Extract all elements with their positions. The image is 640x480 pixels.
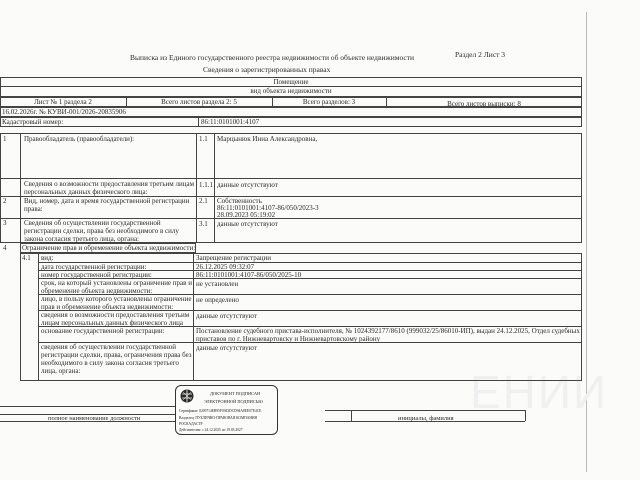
restrictions-label: Ограничение прав и обременение объекта н…	[22, 244, 195, 252]
document-reference: 16.02.2026г. № КУВИ-001/2026-20835906	[2, 108, 126, 116]
restriction-term-value: не установлен	[196, 280, 238, 288]
row-1-1-1-subnumber: 1.1.1	[199, 181, 213, 189]
row-3-number: 3	[3, 219, 7, 227]
object-type-label: вид объекта недвижимости	[0, 87, 582, 95]
document-subtitle: Сведения о зарегистрированных правах	[203, 66, 330, 74]
restriction-basis-label: основание государственной регистрации:	[41, 327, 165, 335]
section-sheet-label: Раздел 2 Лист 3	[455, 51, 505, 59]
right-holder-name: Марцынюк Инна Александровна,	[217, 135, 317, 143]
row-3-label: Сведения об осуществлении государственно…	[24, 219, 189, 243]
stamp-line-2: ЭЛЕКТРОННОЙ ПОДПИСЬЮ	[204, 400, 263, 404]
row-2-number: 2	[3, 197, 7, 205]
stamp-line-1: ДОКУМЕНТ ПОДПИСАН	[210, 392, 260, 396]
row-2-label: Вид, номер, дата и время государственной…	[24, 197, 196, 213]
row-1-subnumber: 1.1	[199, 135, 208, 143]
row-1-number: 1	[3, 135, 7, 143]
sheet-number: Лист № 1 раздела 2	[0, 98, 126, 106]
restriction-date-label: дата государственной регистрации:	[41, 263, 146, 271]
stamp-certificate: Сертификат: 0209714EB95F0943DCD94A8EE07Е…	[179, 409, 261, 413]
row-1-1-1-label: Сведения о возможности предоставления тр…	[24, 180, 196, 196]
initials-caption: инициалы, фамилия	[398, 415, 454, 423]
restriction-beneficiary-label: лицо, в пользу которого установлены огра…	[41, 295, 193, 311]
row-3-value: данные отсутствуют	[217, 220, 278, 228]
restriction-number-label: номер государственной регистрации:	[41, 271, 152, 279]
cadastral-number: 86:11:0101001:4107	[201, 118, 259, 126]
position-caption: полное наименование должности	[48, 415, 140, 423]
stamp-owner-name: РОСКАДАСТР	[179, 422, 203, 426]
restriction-consent-label: сведения об осуществлении государственно…	[41, 343, 193, 375]
cadastral-row	[0, 117, 582, 127]
restriction-date-value: 26.12.2025 09:32:07	[196, 263, 254, 271]
restriction-subnumber: 4.1	[22, 254, 31, 262]
object-name: Помещение	[0, 78, 582, 86]
right-registration-date: 28.09.2023 05:19:02	[217, 211, 275, 219]
electronic-signature-stamp: ДОКУМЕНТ ПОДПИСАН ЭЛЕКТРОННОЙ ПОДПИСЬЮ С…	[175, 385, 278, 435]
cadastral-label: Кадастровый номер:	[2, 118, 63, 126]
stamp-owner: Владелец: ПУБЛИЧНО-ПРАВОВАЯ КОМПАНИЯ	[179, 416, 257, 420]
sections-total: Всего разделов: 3	[272, 98, 386, 106]
row-1-label: Правообладатель (правообладатели):	[24, 135, 134, 143]
row-3-subnumber: 3.1	[199, 220, 208, 228]
restriction-personal-data-label: сведения о возможности предоставления тр…	[41, 311, 193, 327]
restriction-type-value: Запрещение регистрации	[196, 254, 271, 262]
restriction-term-label: срок, на который установлены ограничение…	[41, 279, 193, 295]
row-1-1-1-value: данные отсутствуют	[217, 181, 278, 189]
sheets-in-section: Всего листов раздела 2: 5	[126, 98, 272, 106]
restriction-personal-data-value: данные отсутствуют	[196, 312, 257, 320]
restriction-consent-value: данные отсутствуют	[196, 344, 257, 352]
rosreestr-emblem-icon	[180, 389, 194, 403]
restriction-beneficiary-value: не определено	[196, 296, 239, 304]
restriction-basis-value: Постановление судебного пристава-исполни…	[196, 327, 581, 343]
row-2-subnumber: 2.1	[199, 197, 208, 205]
restriction-number-value: 86:11:0101001:4107-86/050/2025-10	[196, 271, 301, 279]
restriction-type-label: вид:	[41, 254, 54, 262]
row-4-number: 4	[3, 244, 7, 252]
stamp-validity: Действителен: с 24.12.2025 по 19.03.2027	[179, 428, 243, 432]
document-title: Выписка из Единого государственного реес…	[130, 54, 414, 62]
